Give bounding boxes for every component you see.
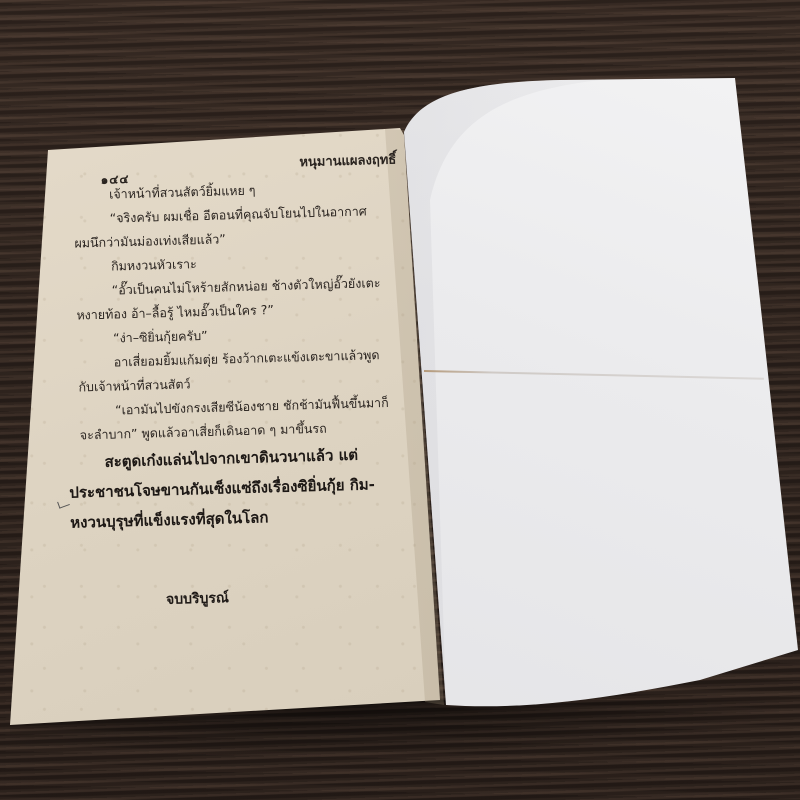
running-title: หนุมานแผลงฤทธิ์ [299,149,396,173]
the-end-label: จบบริบูรณ์ [166,587,229,611]
page-number: ๑๔๔ [100,170,129,190]
closing-paragraph: สะตูดเก๋งแล่นไปจากเขาดินวนาแล้ว แต่ ประช… [66,438,408,537]
body-paragraphs: เจ้าหน้าที่สวนสัตว์ยิ้มแหย ๆ “จริงครับ ผ… [59,174,406,447]
left-page-text: ๑๔๔ หนุมานแผลงฤทธิ์ เจ้าหน้าที่สวนสัตว์ย… [58,147,409,538]
